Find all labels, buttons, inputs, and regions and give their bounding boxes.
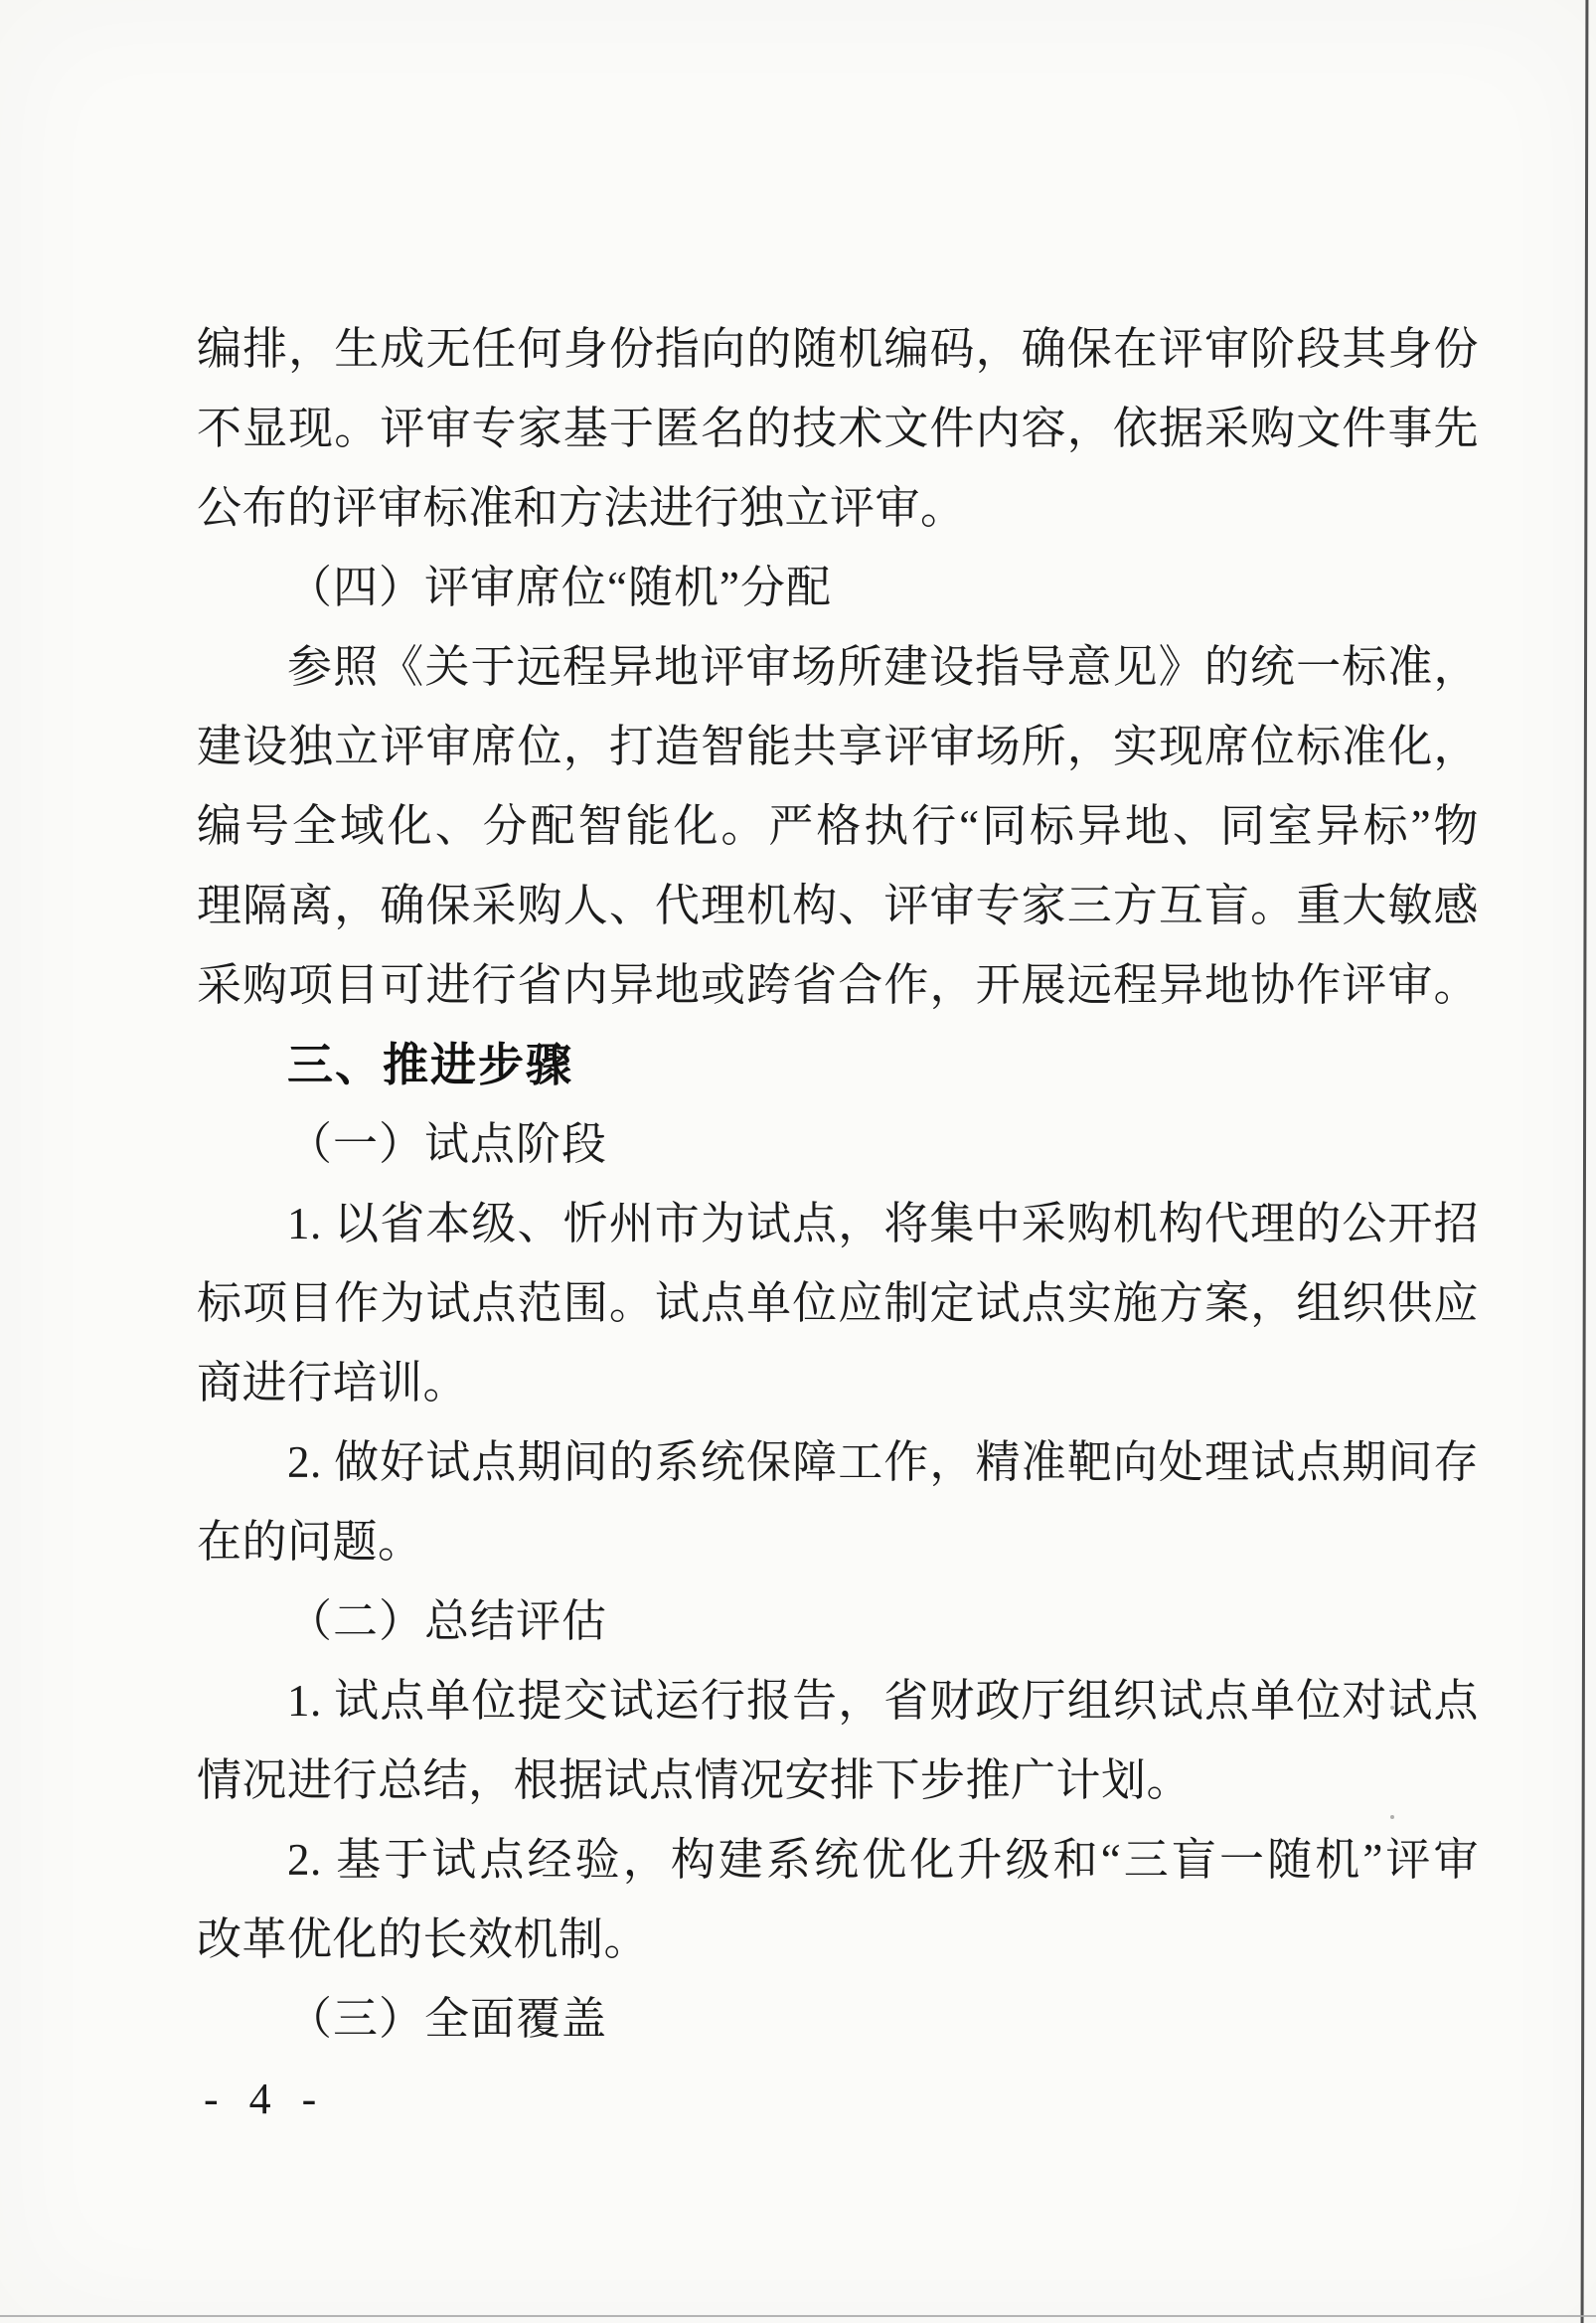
scan-paper-right-edge: [1581, 0, 1589, 2323]
text-line-15: 2. 做好试点期间的系统保障工作，精准靶向处理试点期间存: [197, 1422, 1479, 1502]
text-line-18: 1. 试点单位提交试运行报告，省财政厅组织试点单位对试点: [197, 1661, 1479, 1741]
text-line-22: （三）全面覆盖: [197, 1979, 1479, 2059]
text-line-14: 商进行培训。: [197, 1343, 1479, 1422]
scan-speck: [1390, 1706, 1394, 1710]
text-line-21: 改革优化的长效机制。: [197, 1900, 1479, 1979]
page-number: - 4 -: [204, 2070, 326, 2129]
document-page: 编排，生成无任何身份指向的随机编码，确保在评审阶段其身份不显现。评审专家基于匿名…: [0, 0, 1596, 2323]
scan-speck: [1390, 1815, 1394, 1819]
text-line-20: 2. 基于试点经验，构建系统优化升级和“三盲一随机”评审: [197, 1820, 1479, 1900]
text-line-5: 参照《关于远程异地评审场所建设指导意见》的统一标准，: [197, 627, 1479, 707]
text-line-13: 标项目作为试点范围。试点单位应制定试点实施方案，组织供应: [197, 1263, 1479, 1343]
text-line-1: 编排，生成无任何身份指向的随机编码，确保在评审阶段其身份: [197, 309, 1479, 389]
document-body: 编排，生成无任何身份指向的随机编码，确保在评审阶段其身份不显现。评审专家基于匿名…: [197, 309, 1479, 2059]
text-line-6: 建设独立评审席位，打造智能共享评审场所，实现席位标准化，: [197, 707, 1479, 786]
scan-paper-bottom-edge: [0, 2315, 1596, 2317]
text-line-17: （二）总结评估: [197, 1581, 1479, 1661]
text-line-9: 采购项目可进行省内异地或跨省合作，开展远程异地协作评审。: [197, 945, 1479, 1025]
text-line-11: （一）试点阶段: [197, 1104, 1479, 1184]
text-line-19: 情况进行总结，根据试点情况安排下步推广计划。: [197, 1741, 1479, 1820]
text-line-12: 1. 以省本级、忻州市为试点，将集中采购机构代理的公开招: [197, 1184, 1479, 1263]
text-line-3: 公布的评审标准和方法进行独立评审。: [197, 468, 1479, 548]
text-line-7: 编号全域化、分配智能化。严格执行“同标异地、同室异标”物: [197, 786, 1479, 866]
text-line-10: 三、推进步骤: [197, 1025, 1479, 1104]
text-line-8: 理隔离，确保采购人、代理机构、评审专家三方互盲。重大敏感: [197, 866, 1479, 945]
text-line-4: （四）评审席位“随机”分配: [197, 548, 1479, 627]
text-line-2: 不显现。评审专家基于匿名的技术文件内容，依据采购文件事先: [197, 389, 1479, 468]
text-line-16: 在的问题。: [197, 1502, 1479, 1581]
